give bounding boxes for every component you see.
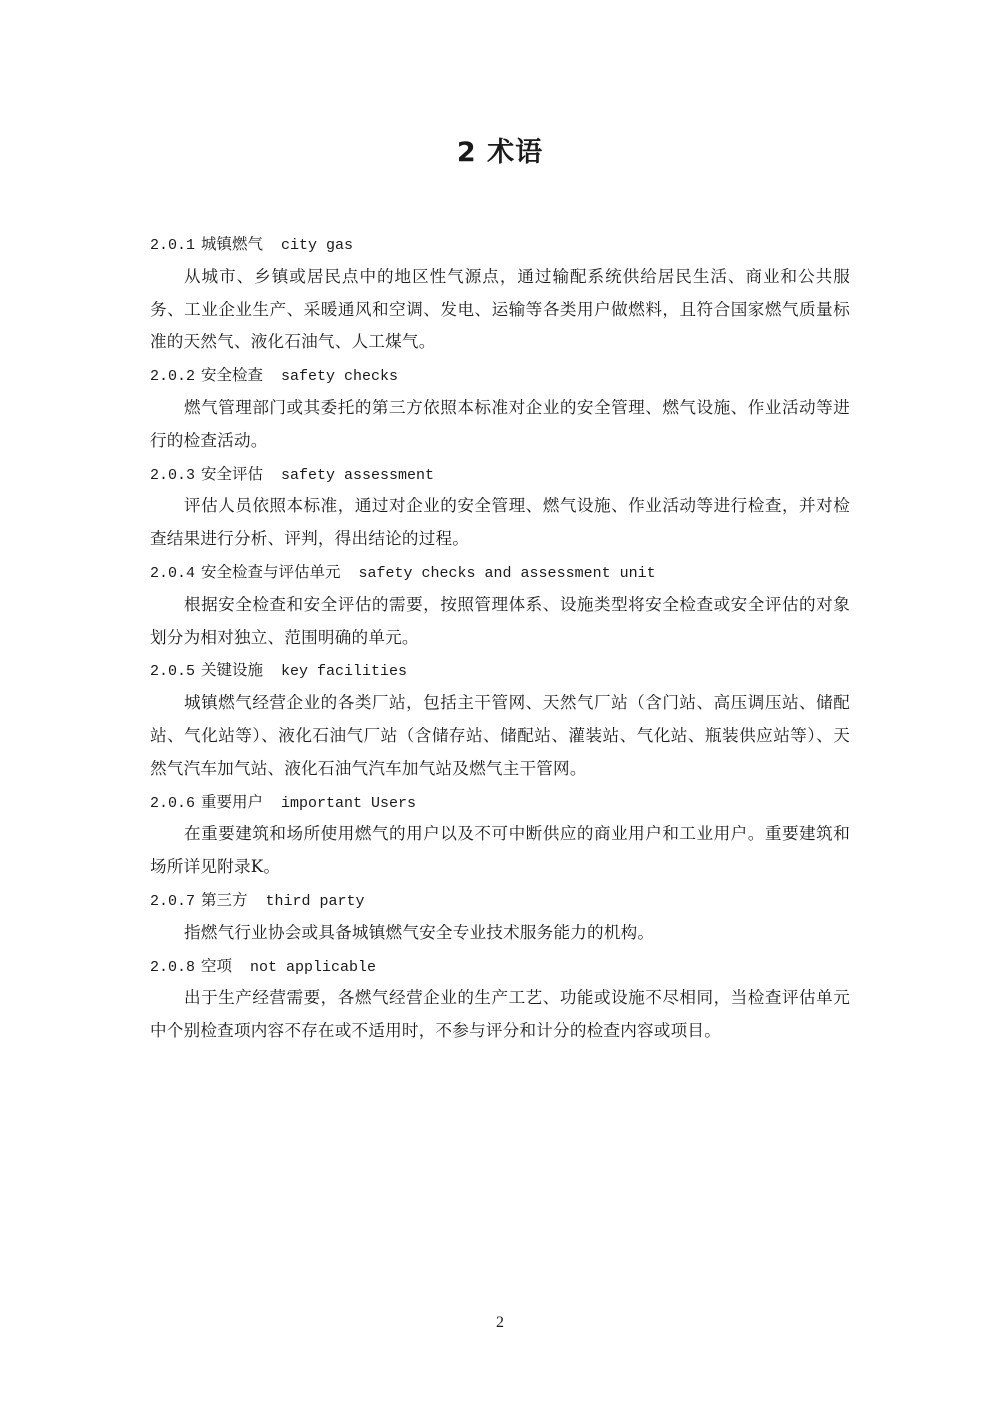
term-heading: 2.0.6重要用户important Users xyxy=(150,786,850,819)
term-definition: 根据安全检查和安全评估的需要，按照管理体系、设施类型将安全检查或安全评估的对象划… xyxy=(150,589,850,655)
term-english: safety checks xyxy=(281,368,398,385)
term-number: 2.0.2 xyxy=(150,368,195,385)
term-definition: 城镇燃气经营企业的各类厂站，包括主干管网、天然气厂站（含门站、高压调压站、储配站… xyxy=(150,687,850,785)
term-number: 2.0.7 xyxy=(150,893,195,910)
term-chinese: 安全评估 xyxy=(201,465,263,483)
term-chinese: 第三方 xyxy=(201,891,248,909)
term-2-0-2: 2.0.2安全检查safety checks 燃气管理部门或其委托的第三方依照本… xyxy=(150,359,850,457)
term-chinese: 安全检查与评估单元 xyxy=(201,563,341,581)
term-number: 2.0.6 xyxy=(150,795,195,812)
term-heading: 2.0.1城镇燃气city gas xyxy=(150,228,850,261)
term-definition: 在重要建筑和场所使用燃气的用户以及不可中断供应的商业用户和工业用户。重要建筑和场… xyxy=(150,818,850,884)
term-2-0-8: 2.0.8空项not applicable 出于生产经营需要，各燃气经营企业的生… xyxy=(150,950,850,1048)
term-2-0-5: 2.0.5关键设施key facilities 城镇燃气经营企业的各类厂站，包括… xyxy=(150,654,850,785)
term-2-0-1: 2.0.1城镇燃气city gas 从城市、乡镇或居民点中的地区性气源点，通过输… xyxy=(150,228,850,359)
term-heading: 2.0.2安全检查safety checks xyxy=(150,359,850,392)
term-english: important Users xyxy=(281,795,416,812)
term-chinese: 重要用户 xyxy=(201,793,263,811)
term-2-0-7: 2.0.7第三方third party 指燃气行业协会或具备城镇燃气安全专业技术… xyxy=(150,884,850,950)
term-number: 2.0.3 xyxy=(150,467,195,484)
term-definition: 评估人员依照本标准，通过对企业的安全管理、燃气设施、作业活动等进行检查，并对检查… xyxy=(150,490,850,556)
page-number: 2 xyxy=(0,1314,1000,1332)
term-heading: 2.0.3安全评估safety assessment xyxy=(150,458,850,491)
term-definition: 燃气管理部门或其委托的第三方依照本标准对企业的安全管理、燃气设施、作业活动等进行… xyxy=(150,392,850,458)
term-english: safety assessment xyxy=(281,467,434,484)
term-number: 2.0.4 xyxy=(150,565,195,582)
term-heading: 2.0.5关键设施key facilities xyxy=(150,654,850,687)
term-number: 2.0.5 xyxy=(150,663,195,680)
terms-section: 2.0.1城镇燃气city gas 从城市、乡镇或居民点中的地区性气源点，通过输… xyxy=(150,228,850,1048)
term-2-0-4: 2.0.4安全检查与评估单元safety checks and assessme… xyxy=(150,556,850,654)
term-chinese: 空项 xyxy=(201,957,232,975)
term-number: 2.0.8 xyxy=(150,959,195,976)
term-english: third party xyxy=(266,893,365,910)
term-heading: 2.0.7第三方third party xyxy=(150,884,850,917)
term-chinese: 关键设施 xyxy=(201,661,263,679)
term-definition: 从城市、乡镇或居民点中的地区性气源点，通过输配系统供给居民生活、商业和公共服务、… xyxy=(150,261,850,359)
term-2-0-3: 2.0.3安全评估safety assessment 评估人员依照本标准，通过对… xyxy=(150,458,850,556)
page-title: 2 术语 xyxy=(0,130,1000,169)
term-2-0-6: 2.0.6重要用户important Users 在重要建筑和场所使用燃气的用户… xyxy=(150,786,850,884)
term-heading: 2.0.4安全检查与评估单元safety checks and assessme… xyxy=(150,556,850,589)
term-heading: 2.0.8空项not applicable xyxy=(150,950,850,983)
term-english: key facilities xyxy=(281,663,407,680)
term-english: city gas xyxy=(281,237,353,254)
term-chinese: 安全检查 xyxy=(201,366,263,384)
term-english: safety checks and assessment unit xyxy=(359,565,656,582)
term-chinese: 城镇燃气 xyxy=(201,235,263,253)
term-number: 2.0.1 xyxy=(150,237,195,254)
term-definition: 出于生产经营需要，各燃气经营企业的生产工艺、功能或设施不尽相同，当检查评估单元中… xyxy=(150,982,850,1048)
term-english: not applicable xyxy=(250,959,376,976)
term-definition: 指燃气行业协会或具备城镇燃气安全专业技术服务能力的机构。 xyxy=(150,917,850,950)
